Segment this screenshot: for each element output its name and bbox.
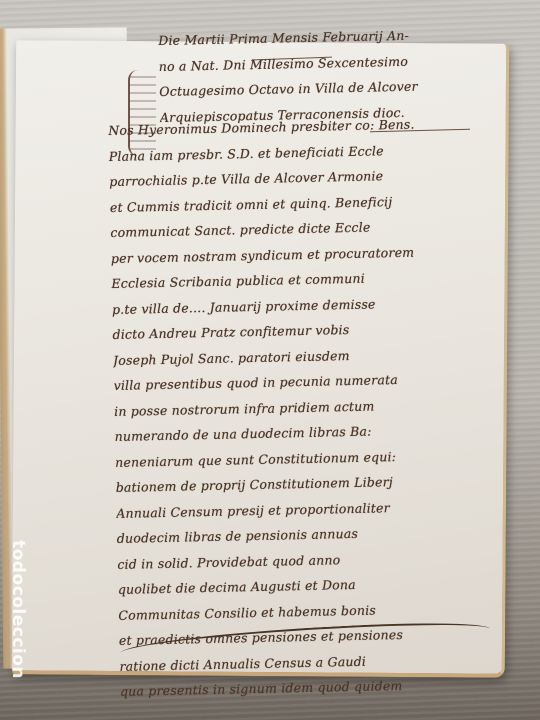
document-body: Nos Hyeronimus Dominech presbiter co: Be…	[108, 110, 490, 704]
watermark: todocoleccion	[4, 540, 28, 700]
